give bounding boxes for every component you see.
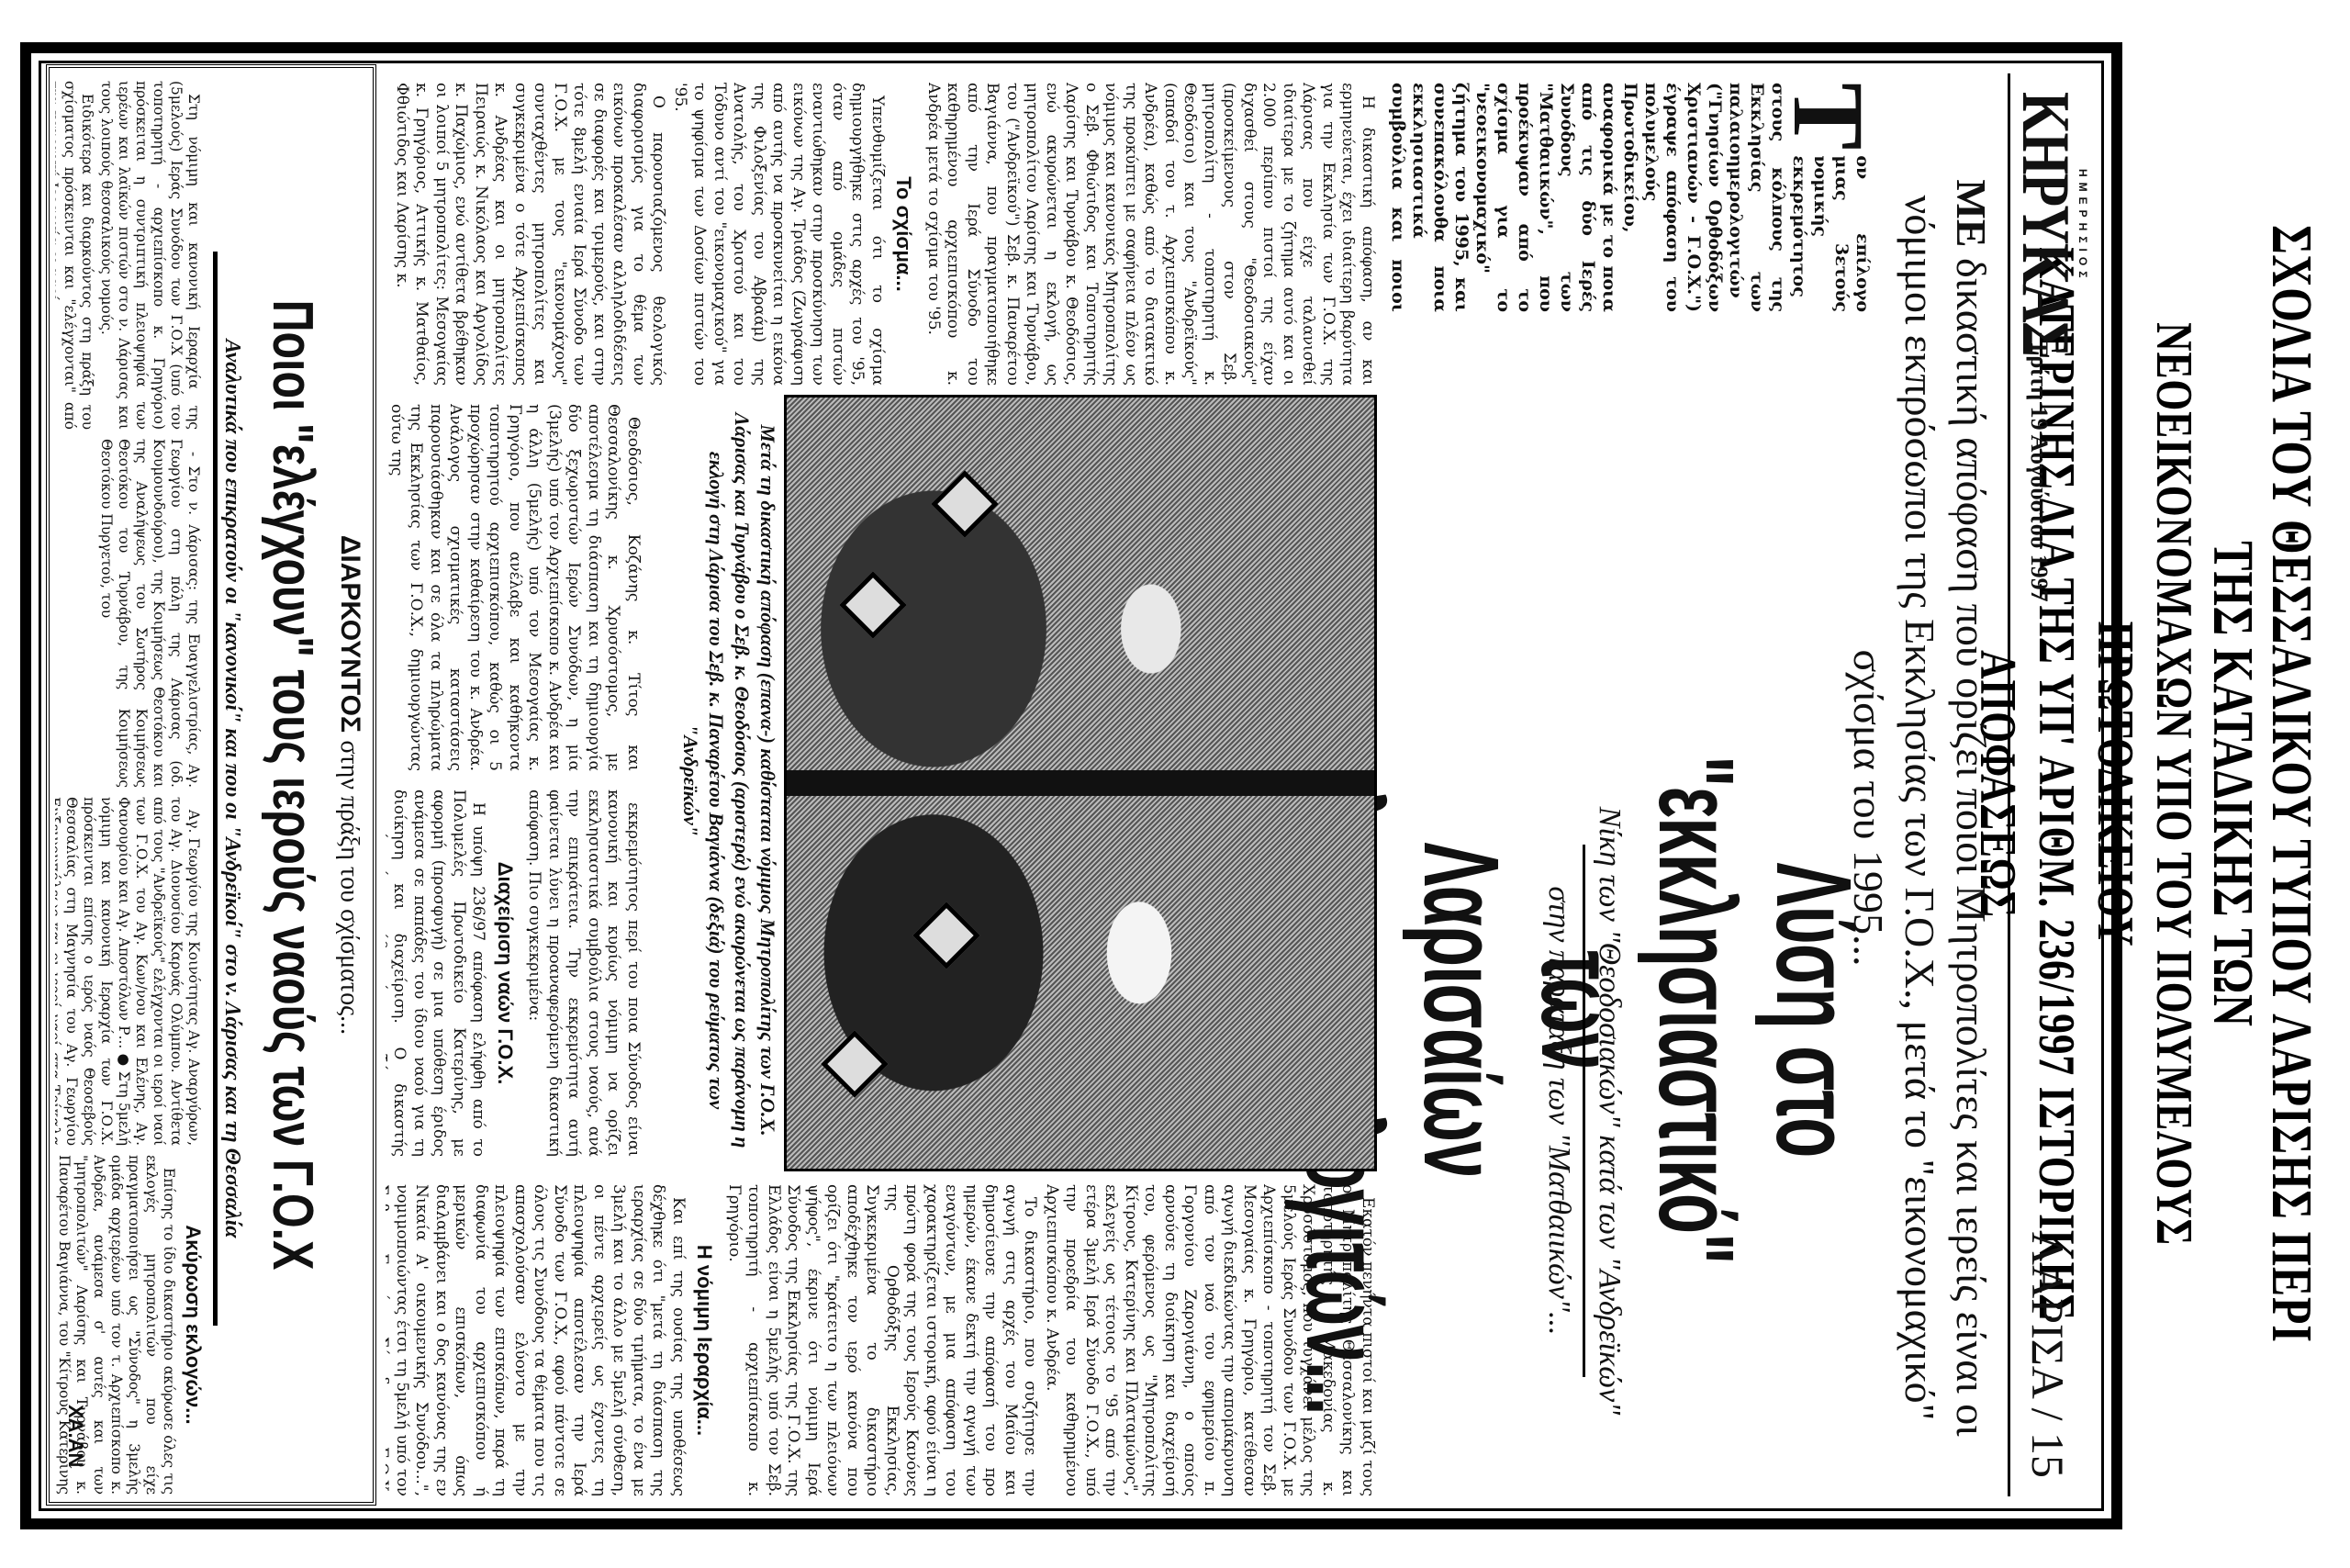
subheading-schism: Το σχίσμα... xyxy=(894,83,914,386)
vestment-cross-icon xyxy=(839,571,907,639)
sidebar-kicker: ΔΙΑΡΚΟΥΝΤΟΣ στην πράξη του σχίσματος... xyxy=(334,68,365,1502)
paragraph: Η υπόψη 236/97 απόφαση ελήφθη από το Πολ… xyxy=(386,790,488,1157)
paragraph: Το δικαστήριο, που συζήτησε την αγωγή στ… xyxy=(724,1184,1040,1496)
page-number: ΛΑΡΙΣΑ / 15 xyxy=(2021,1232,2075,1478)
paragraph: Στη νόμιμη και κανονική Ιεραρχία της (5μ… xyxy=(97,81,202,430)
article-photo xyxy=(784,395,1377,1171)
banner-title: ΣΧΟΛΙΑ ΤΟΥ ΘΕΣΣΑΛΙΚΟΥ ΤΥΠΟΥ ΛΑΡΙΣΗΣ ΠΕΡΙ… xyxy=(2130,173,2350,1395)
issue-date: Τρίτη 19 Αυγούστου 1997 xyxy=(2025,340,2053,602)
column-lead-2 xyxy=(1386,326,1496,555)
paragraph: Υπενθυμίζεται ότι το σχίσμα δημιουργήθηκ… xyxy=(670,83,888,386)
column-lead: Τ ον επίλογο μιας 3ετούς νομικής εκκρεμό… xyxy=(1386,83,1873,312)
newspaper-page: ΣΧΟΛΙΑ ΤΟΥ ΘΕΣΣΑΛΙΚΟΥ ΤΥΠΟΥ ΛΑΡΙΣΗΣ ΠΕΡΙ… xyxy=(0,0,2350,1568)
subheading-temples: Διαχείριση ναών Γ.Ο.Χ. xyxy=(496,790,516,1157)
vestment-cross-icon xyxy=(912,902,980,969)
byline: ΧΑ.ΑΝ xyxy=(63,1405,87,1467)
column-4: Εκατόν πενήντα πιστοί και μαζί τους ο Μη… xyxy=(386,1184,1377,1496)
banner-line-1: ΣΧΟΛΙΑ ΤΟΥ ΘΕΣΣΑΛΙΚΟΥ ΤΥΠΟΥ ΛΑΡΙΣΗΣ ΠΕΡΙ… xyxy=(2203,173,2321,1395)
paragraph: - Στο ν. Λάρισας: της Ευαγγελιστρίας, Αγ… xyxy=(97,439,202,788)
paragraph: Θεοδόσιος, Κοζάνης κ. Τίτος και Θεσσαλον… xyxy=(386,404,643,771)
column-2: Θεοδόσιος, Κοζάνης κ. Τίτος και Θεσσαλον… xyxy=(386,404,643,771)
sidebar-headline: Ποιοι "ελέγχουν" τους ιερούς ναούς των Γ… xyxy=(260,226,325,1344)
subhead-rule xyxy=(1583,845,1585,1377)
dropcap: Τ xyxy=(1788,83,1869,150)
sidebar-box: ΔΙΑΡΚΟΥΝΤΟΣ στην πράξη του σχίσματος... … xyxy=(46,64,376,1506)
masthead: ΗΜΕΡΗΣΙΟΣ ΚΗΡΥΚΑΣ Τρίτη 19 Αυγούστου 199… xyxy=(2008,73,2093,1496)
sidebar-column-1: Στη νόμιμη και κανονική Ιεραρχία της (5μ… xyxy=(55,81,202,430)
paragraph: Αγ. Γεωργίου της Κοινότητας Αγ. Αναργύρω… xyxy=(55,797,202,1146)
sidebar-kicker-text: στην πράξη του σχίσματος... xyxy=(335,740,364,1035)
subheading-elections: Ακύρωση εκλογών... xyxy=(185,1155,202,1495)
subheading-hierarchy: Η νόμιμη Ιεραρχία... xyxy=(695,1184,715,1496)
vestment-cross-icon xyxy=(821,1030,889,1098)
sidebar-column-3: Αγ. Γεωργίου της Κοινότητας Αγ. Αναργύρω… xyxy=(55,797,202,1146)
paper-name: ΚΗΡΥΚΑΣ xyxy=(2006,92,2084,355)
sidebar-subhead: Αναλυτικά που επικρατούν οι "κανονικοί" … xyxy=(213,252,244,1326)
article-subhead: Νίκη των "Θεοδοσιακών" κατά των "Ανδρεϊκ… xyxy=(1539,790,1629,1432)
column-3: εκκρεμότητος περί του ποια Σύνοδος είναι… xyxy=(386,790,643,1157)
paragraph: Ο παρουσιαζόμενος θεολογικός διαφορισμός… xyxy=(392,83,668,386)
vestment-cross-icon xyxy=(931,470,999,538)
kicker-lead: ΜΕ xyxy=(1948,179,1995,247)
paragraph: Και επί της ουσίας της υποθέσεως δέχθηκε… xyxy=(386,1184,688,1496)
subhead-line-1: Νίκη των "Θεοδοσιακών" κατά των "Ανδρεϊκ… xyxy=(1593,807,1627,1416)
sidebar-column-2: - Στο ν. Λάρισας: της Ευαγγελιστρίας, Αγ… xyxy=(55,439,202,788)
paragraph: Εκατόν πενήντα πιστοί και μαζί τους ο Μη… xyxy=(1042,1184,1378,1496)
photo-divider xyxy=(787,770,1374,796)
sidebar-kicker-bold: ΔΙΑΡΚΟΥΝΤΟΣ xyxy=(335,535,365,733)
paragraph: εκκρεμότητος περί του ποια Σύνοδος είναι… xyxy=(524,790,643,1157)
subhead-line-2: στην παράταξη των "Ματθαιικών"... xyxy=(1542,886,1576,1335)
photo-caption: Μετά τη δικαστική απόφαση (επανα-) καθίσ… xyxy=(677,404,780,1157)
column-1: Η δικαστική απόφαση, αν και ερμηνεύεται,… xyxy=(386,83,1377,386)
paragraph: Η δικαστική απόφαση, αν και ερμηνεύεται,… xyxy=(923,83,1378,386)
paragraph: Ειδικότερα και διαρκούντος στη πράξη του… xyxy=(55,81,95,430)
